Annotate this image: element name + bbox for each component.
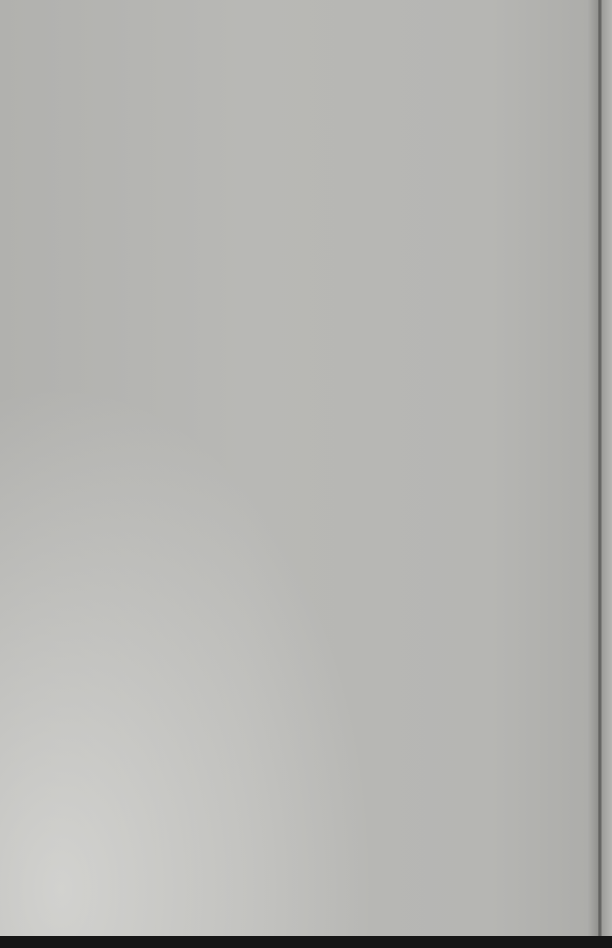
text-line: [45, 199, 307, 215]
text-line: [45, 681, 307, 697]
bullet-item-tuner: [45, 358, 307, 374]
text-line: [45, 165, 307, 181]
text-line: [45, 649, 307, 665]
bullet-item-dust: [45, 294, 307, 310]
text-line: [45, 114, 307, 130]
text-line: [45, 148, 307, 164]
text-line: [45, 665, 307, 681]
text-line: [45, 617, 307, 633]
text-line: [45, 390, 307, 406]
text-line: [45, 182, 307, 198]
text-line: [45, 537, 307, 553]
text-line: [45, 456, 307, 472]
text-line: [45, 342, 307, 358]
bullet-item-realignment: [45, 585, 307, 601]
bullet-item-heat: [45, 214, 307, 230]
text-line: [45, 472, 307, 488]
page-edge: [602, 0, 612, 936]
text-line: [45, 440, 307, 456]
text-line: [45, 569, 307, 585]
bullet-item-usage: [45, 131, 307, 147]
text-line: [45, 697, 307, 713]
text-line: [45, 553, 307, 569]
text-line: [45, 505, 307, 521]
bullet-item-tubes: [45, 424, 307, 440]
text-line: [45, 761, 307, 777]
text-line: [45, 745, 307, 761]
text-line: [45, 326, 307, 342]
text-line: [45, 230, 307, 246]
text-line: [45, 633, 307, 649]
text-line: [45, 729, 307, 745]
text-line: [45, 310, 307, 326]
text-line: [45, 713, 307, 729]
scan-bottom-border: [0, 936, 612, 948]
text-line: [45, 406, 307, 422]
text-line: [45, 601, 307, 617]
text-line: [45, 374, 307, 390]
text-line: [45, 521, 307, 537]
text-line: [45, 278, 307, 294]
text-line: [45, 246, 307, 262]
text-line: [45, 262, 307, 278]
bullet-item-rf-tubes: [45, 488, 307, 504]
